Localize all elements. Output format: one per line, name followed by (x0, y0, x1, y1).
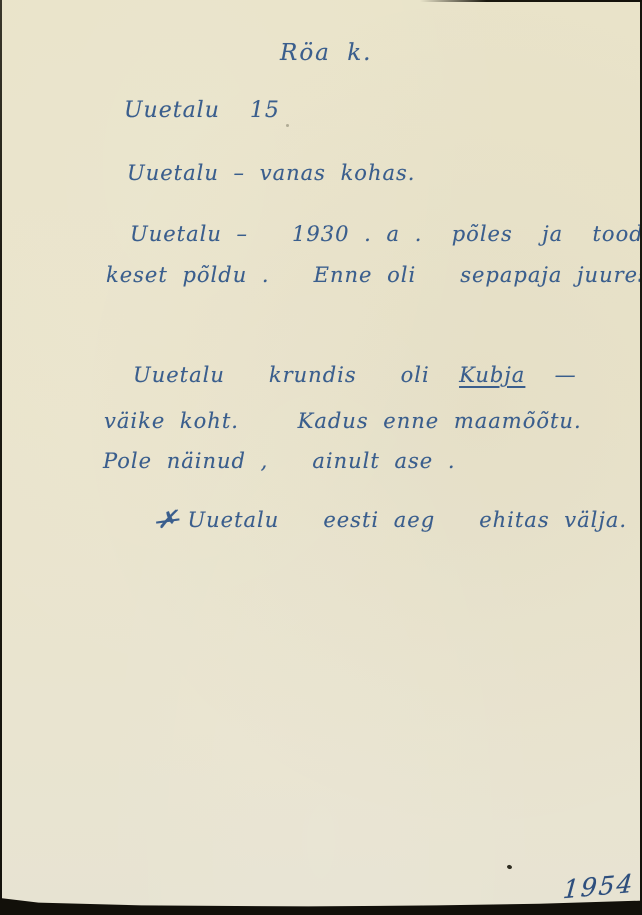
photo-edge-top-right (420, 0, 642, 2)
note-line-vanas-kohas: Uuetalu – vanas kohas. (127, 161, 415, 185)
ink-speck (506, 864, 512, 869)
note-line-1930-first: Uuetalu – 1930 . a . põles ja toodi (130, 222, 642, 246)
note-line-kubja-first: Uuetalu krundis oli Kubja — (133, 363, 577, 387)
scanned-paper-card: Röa k. Uuetalu 15 Uuetalu – vanas kohas.… (0, 0, 642, 915)
note-line-kubja-third: Pole näinud , ainult ase . (103, 449, 456, 473)
eesti-aeg-text: Uuetalu eesti aeg ehitas välja. (187, 508, 627, 532)
paper-speck (286, 124, 289, 127)
kubja-line-suffix: — (525, 363, 576, 387)
kubja-line-prefix: Uuetalu krundis oli (133, 363, 459, 387)
photo-edge-left (0, 0, 2, 915)
note-line-kubja-second: väike koht. Kadus enne maamõõtu. (104, 409, 582, 433)
note-line-1930-second: keset põldu . Enne oli sepapaja juures. (106, 263, 642, 287)
crossed-out-mark: ✗ (154, 506, 181, 534)
note-heading-farm-number: Uuetalu 15 (124, 98, 280, 123)
page-title: Röa k. (280, 40, 372, 66)
kubja-underlined-word: Kubja (459, 363, 525, 387)
year-annotation: 1954 (562, 869, 636, 905)
note-line-eesti-aeg: ✗Uuetalu eesti aeg ehitas välja. (158, 508, 627, 533)
photo-edge-bottom (0, 895, 642, 915)
